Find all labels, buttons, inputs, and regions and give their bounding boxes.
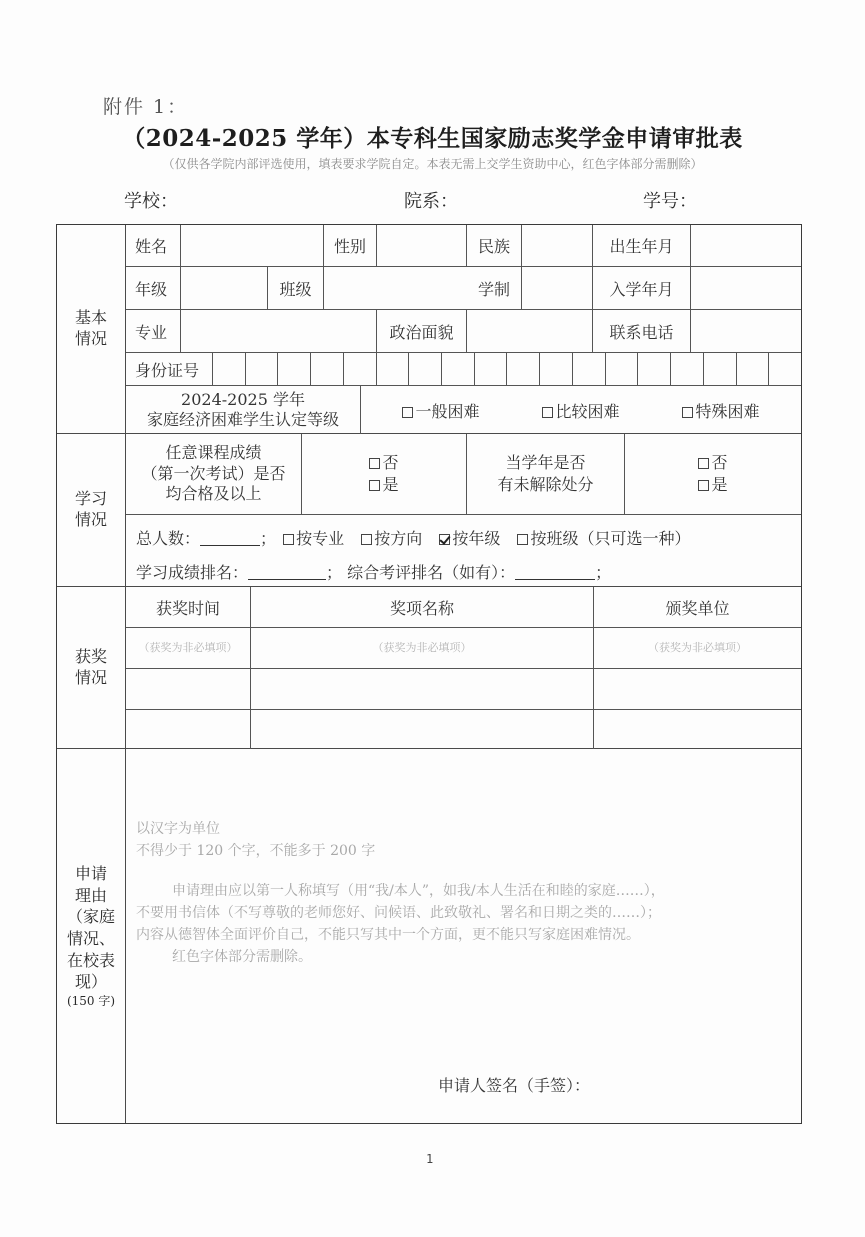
id-digit-box[interactable] [704, 353, 737, 386]
reason-hint-length: 不得少于 120 个字，不能多于 200 字 [136, 841, 375, 863]
schooling-field[interactable] [522, 267, 593, 310]
award-time-header: 获奖时间 [126, 587, 251, 628]
id-digit-box[interactable] [246, 353, 279, 386]
id-number-boxes [213, 353, 801, 386]
id-digit-box[interactable] [540, 353, 573, 386]
study-section: 学习 情况 任意课程成绩 （第一次考试）是否 均合格及以上 否 是 当学年是否 … [57, 434, 801, 587]
checkbox-icon[interactable] [517, 534, 528, 545]
award-issuer-header: 颁奖单位 [594, 587, 801, 628]
major-field[interactable] [181, 310, 377, 353]
school-label: 学校： [124, 187, 178, 213]
basic-info-section: 基本 情况 姓名 性别 民族 出生年月 年级 班级 学制 入学年月 专业 政治面… [57, 225, 801, 434]
id-digit-box[interactable] [344, 353, 377, 386]
id-digit-box[interactable] [377, 353, 410, 386]
id-digit-box[interactable] [311, 353, 344, 386]
id-digit-box[interactable] [213, 353, 246, 386]
discipline-options: 否 是 [625, 434, 801, 515]
difficulty-label: 2024-2025 学年 家庭经济困难学生认定等级 [126, 386, 361, 434]
checkbox-icon[interactable] [402, 407, 413, 418]
rank-by-major[interactable]: 按专业 [283, 529, 344, 548]
birth-field[interactable] [691, 225, 801, 267]
id-digit-box[interactable] [442, 353, 475, 386]
award-issuer-hint[interactable]: （获奖为非必填项） [594, 628, 801, 669]
discipline-question: 当学年是否 有未解除处分 [467, 434, 625, 515]
attachment-label: 附件 1： [103, 92, 188, 119]
political-label: 政治面貌 [377, 310, 467, 353]
checkbox-icon[interactable] [698, 480, 709, 491]
id-digit-box[interactable] [475, 353, 508, 386]
rank-by-class[interactable]: 按班级（只可选一种） [517, 529, 690, 548]
course-pass-yes[interactable]: 是 [369, 474, 398, 496]
total-count-field[interactable] [200, 532, 260, 546]
birth-label: 出生年月 [593, 225, 691, 267]
name-field[interactable] [181, 225, 324, 267]
rank-by-direction[interactable]: 按方向 [361, 529, 422, 548]
composite-rank-field[interactable] [515, 566, 595, 580]
difficulty-options: 一般困难 比较困难 特殊困难 [361, 386, 801, 434]
reason-section: 申请 理由 （家庭 情况、 在校表 现） (150 字) 以汉字为单位 不得少于… [57, 749, 801, 1123]
id-digit-box[interactable] [278, 353, 311, 386]
application-form-table: 基本 情况 姓名 性别 民族 出生年月 年级 班级 学制 入学年月 专业 政治面… [56, 224, 802, 1124]
checkbox-icon[interactable] [698, 458, 709, 469]
student-id-label: 学号： [643, 187, 697, 213]
phone-label: 联系电话 [593, 310, 691, 353]
id-digit-box[interactable] [573, 353, 606, 386]
award-time-field[interactable] [126, 669, 251, 710]
award-time-field[interactable] [126, 710, 251, 749]
department-label: 院系： [404, 187, 458, 213]
id-digit-box[interactable] [638, 353, 671, 386]
grade-label: 年级 [126, 267, 181, 310]
page-number: 1 [426, 1152, 433, 1166]
reason-hint-unit: 以汉字为单位 [136, 819, 220, 841]
gender-label: 性别 [324, 225, 377, 267]
award-name-hint[interactable]: （获奖为非必填项） [251, 628, 594, 669]
id-digit-box[interactable] [606, 353, 639, 386]
discipline-no[interactable]: 否 [698, 452, 727, 474]
reason-section-label: 申请 理由 （家庭 情况、 在校表 现） (150 字) [57, 749, 126, 1123]
academic-rank-field[interactable] [248, 566, 326, 580]
class-label: 班级 [268, 267, 324, 310]
difficulty-option-special[interactable]: 特殊困难 [682, 399, 759, 422]
schooling-label: 学制 [467, 267, 522, 310]
checkbox-icon[interactable] [283, 534, 294, 545]
award-time-hint[interactable]: （获奖为非必填项） [126, 628, 251, 669]
award-name-header: 奖项名称 [251, 587, 594, 628]
id-digit-box[interactable] [769, 353, 801, 386]
major-label: 专业 [126, 310, 181, 353]
name-label: 姓名 [126, 225, 181, 267]
checkbox-icon[interactable] [369, 458, 380, 469]
checkbox-icon[interactable] [542, 407, 553, 418]
ranking-row: 学习成绩排名：； 综合考评排名（如有）：； [136, 560, 611, 583]
reason-text-area[interactable]: 以汉字为单位 不得少于 120 个字，不能多于 200 字 申请理由应以第一人称… [126, 749, 801, 1123]
course-pass-question: 任意课程成绩 （第一次考试）是否 均合格及以上 [126, 434, 302, 515]
ethnicity-label: 民族 [467, 225, 522, 267]
phone-field[interactable] [691, 310, 801, 353]
difficulty-option-relative[interactable]: 比较困难 [542, 399, 619, 422]
checked-checkbox-icon[interactable] [439, 534, 450, 545]
basic-info-section-label: 基本 情况 [57, 225, 126, 433]
grade-field[interactable] [181, 267, 268, 310]
id-digit-box[interactable] [507, 353, 540, 386]
award-issuer-field[interactable] [594, 710, 801, 749]
ranking-basis-row: 总人数：； 按专业 按方向 按年级 按班级（只可选一种） [136, 526, 696, 549]
checkbox-icon[interactable] [682, 407, 693, 418]
form-title: （2024-2025 学年）本专科生国家励志奖学金申请审批表 [0, 120, 865, 153]
discipline-yes[interactable]: 是 [698, 474, 727, 496]
political-field[interactable] [467, 310, 593, 353]
award-name-field[interactable] [251, 710, 594, 749]
award-issuer-field[interactable] [594, 669, 801, 710]
reason-instruction-1: 申请理由应以第一人称填写（用“我/本人”，如我/本人生活在和睦的家庭……）， [172, 881, 665, 903]
gender-field[interactable] [377, 225, 467, 267]
checkbox-icon[interactable] [369, 480, 380, 491]
id-digit-box[interactable] [737, 353, 770, 386]
award-name-field[interactable] [251, 669, 594, 710]
enroll-field[interactable] [691, 267, 801, 310]
id-label: 身份证号 [126, 353, 213, 386]
enroll-label: 入学年月 [593, 267, 691, 310]
form-subtitle: （仅供各学院内部评选使用，填表要求学院自定。本表无需上交学生资助中心，红色字体部… [0, 155, 865, 172]
signature-label: 申请人签名（手签）： [438, 1073, 590, 1096]
difficulty-option-general[interactable]: 一般困难 [402, 399, 479, 422]
id-digit-box[interactable] [409, 353, 442, 386]
rank-by-grade[interactable]: 按年级 [439, 529, 500, 548]
checkbox-icon[interactable] [361, 534, 372, 545]
study-section-label: 学习 情况 [57, 434, 126, 586]
course-pass-options: 否 是 [302, 434, 467, 515]
reason-instruction-4: 红色字体部分需删除。 [172, 947, 312, 969]
reason-instruction-3: 内容从德智体全面评价自己，不能只写其中一个方面，更不能只写家庭困难情况。 [136, 925, 640, 947]
awards-section-label: 获奖 情况 [57, 587, 126, 748]
ethnicity-field[interactable] [522, 225, 593, 267]
course-pass-no[interactable]: 否 [369, 452, 398, 474]
awards-section: 获奖 情况 获奖时间 奖项名称 颁奖单位 （获奖为非必填项） （获奖为非必填项）… [57, 587, 801, 749]
id-digit-box[interactable] [671, 353, 704, 386]
reason-instruction-2: 不要用书信体（不写尊敬的老师您好、问候语、此致敬礼、署名和日期之类的……）； [136, 903, 661, 925]
